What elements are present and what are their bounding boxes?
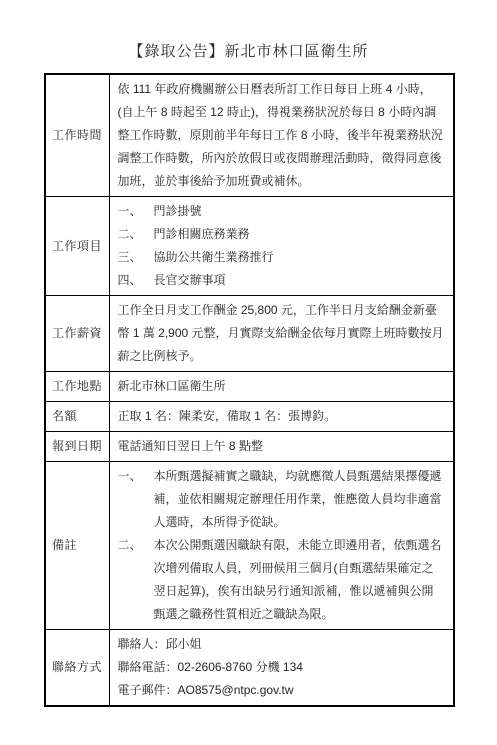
work-item-2: 二、 門診相關庶務業務 (118, 223, 446, 246)
row-value-contact: 聯絡人：邱小姐 聯絡電話：02-2606-8760 分機 134 電子郵件：AO… (109, 630, 454, 707)
row-value-location: 新北市林口區衛生所 (109, 372, 454, 402)
table-row-remarks: 備註 一、 本所甄選擬補實之職缺，均就應徵人員甄選結果擇優遞補，並依相關規定辦理… (45, 462, 454, 630)
table-row-quota: 名額 正取 1 名：陳柔安，備取 1 名：張博鈞。 (45, 402, 454, 432)
row-label-location: 工作地點 (45, 372, 109, 402)
work-item-4: 四、 長官交辦事項 (118, 269, 446, 292)
remark-item-1: 一、 本所甄選擬補實之職缺，均就應徵人員甄選結果擇優遞補，並依相關規定辦理任用作… (118, 465, 446, 534)
row-label-work-items: 工作項目 (45, 197, 109, 296)
row-value-work-items: 一、 門診掛號 二、 門診相關庶務業務 三、 協助公共衛生業務推行 四、 長官交… (109, 197, 454, 296)
work-item-3: 三、 協助公共衛生業務推行 (118, 246, 446, 269)
table-row-work-hours: 工作時間 依 111 年政府機關辦公日曆表所訂工作日每日上班 4 小時，(自上午… (45, 74, 454, 197)
contact-phone: 聯絡電話：02-2606-8760 分機 134 (118, 656, 446, 679)
item-number: 一、 (118, 465, 154, 534)
item-text: 本所甄選擬補實之職缺，均就應徵人員甄選結果擇優遞補，並依相關規定辦理任用作業，惟… (154, 465, 446, 534)
page-title: 【錄取公告】新北市林口區衛生所 (0, 40, 497, 61)
row-label-contact: 聯絡方式 (45, 630, 109, 707)
table-row-contact: 聯絡方式 聯絡人：邱小姐 聯絡電話：02-2606-8760 分機 134 電子… (45, 630, 454, 707)
item-text: 門診掛號 (154, 200, 446, 223)
item-number: 三、 (118, 246, 154, 269)
work-item-1: 一、 門診掛號 (118, 200, 446, 223)
item-number: 二、 (118, 534, 154, 626)
row-value-quota: 正取 1 名：陳柔安，備取 1 名：張博鈞。 (109, 402, 454, 432)
row-value-salary: 工作全日月支工作酬金 25,800 元，工作半日月支給酬金新臺幣 1 萬 2,9… (109, 296, 454, 372)
table-row-location: 工作地點 新北市林口區衛生所 (45, 372, 454, 402)
item-text: 協助公共衛生業務推行 (154, 246, 446, 269)
announcement-table: 工作時間 依 111 年政府機關辦公日曆表所訂工作日每日上班 4 小時，(自上午… (44, 73, 455, 707)
row-value-remarks: 一、 本所甄選擬補實之職缺，均就應徵人員甄選結果擇優遞補，並依相關規定辦理任用作… (109, 462, 454, 630)
row-label-report-date: 報到日期 (45, 432, 109, 462)
item-number: 二、 (118, 223, 154, 246)
item-number: 四、 (118, 269, 154, 292)
table-row-work-items: 工作項目 一、 門診掛號 二、 門診相關庶務業務 三、 協助公共衛生業務推行 (45, 197, 454, 296)
row-label-quota: 名額 (45, 402, 109, 432)
row-value-work-hours: 依 111 年政府機關辦公日曆表所訂工作日每日上班 4 小時，(自上午 8 時起… (109, 74, 454, 197)
table-row-salary: 工作薪資 工作全日月支工作酬金 25,800 元，工作半日月支給酬金新臺幣 1 … (45, 296, 454, 372)
row-label-salary: 工作薪資 (45, 296, 109, 372)
row-label-work-hours: 工作時間 (45, 74, 109, 197)
table-row-report-date: 報到日期 電話通知日翌日上午 8 點整 (45, 432, 454, 462)
contact-person: 聯絡人：邱小姐 (118, 633, 446, 656)
row-value-report-date: 電話通知日翌日上午 8 點整 (109, 432, 454, 462)
item-number: 一、 (118, 200, 154, 223)
contact-email: 電子郵件：AO8575@ntpc.gov.tw (118, 679, 446, 702)
item-text: 本次公開甄選因職缺有限，未能立即遴用者，依甄選名次增列備取人員，列冊候用三個月(… (154, 534, 446, 626)
row-label-remarks: 備註 (45, 462, 109, 630)
item-text: 長官交辦事項 (154, 269, 446, 292)
remark-item-2: 二、 本次公開甄選因職缺有限，未能立即遴用者，依甄選名次增列備取人員，列冊候用三… (118, 534, 446, 626)
announcement-page: 【錄取公告】新北市林口區衛生所 工作時間 依 111 年政府機關辦公日曆表所訂工… (0, 0, 497, 745)
item-text: 門診相關庶務業務 (154, 223, 446, 246)
